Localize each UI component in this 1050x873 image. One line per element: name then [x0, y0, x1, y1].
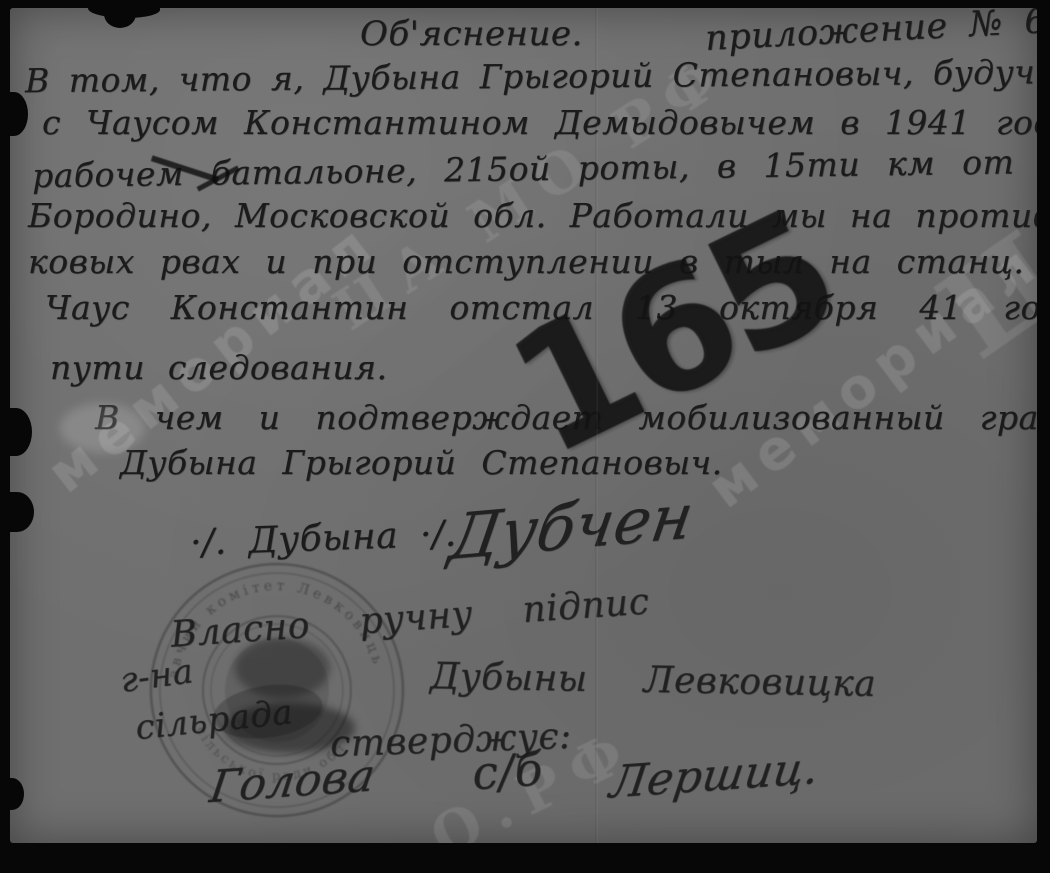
certification-abbr: с/б: [470, 742, 544, 801]
scanned-document-page: мемориал мемориал ЦА МО РФ О.РФ Ц авчий …: [0, 0, 1050, 873]
certification-line2-name: Дубыны Левковицка: [430, 656, 877, 705]
annotation-top-right: приложение № 6: [704, 8, 1037, 59]
signature-name: ·/. Дубына ·/.: [189, 513, 457, 563]
body-line: ковых рвах и при отступлении в тыл на ст…: [28, 242, 1037, 281]
paper-tear-light: [60, 403, 145, 453]
paper-tear: [0, 492, 34, 532]
body-line: Бородино, Московской обл. Работали мы на…: [28, 196, 1037, 235]
document-title: Об'яснение.: [360, 14, 583, 54]
body-line: пути следования.: [50, 348, 387, 387]
certification-signature: Лершиц.: [607, 742, 823, 808]
body-line: В том, что я, Дубына Грыгорий Степановыч…: [25, 51, 1037, 100]
paper-tear: [0, 778, 24, 810]
body-line: с Чаусом Константином Демыдовычем в 1941…: [42, 103, 1037, 142]
paper-sheet: мемориал мемориал ЦА МО РФ О.РФ Ц авчий …: [10, 8, 1037, 843]
paper-crease: [595, 8, 598, 843]
paper-tear: [0, 408, 32, 456]
paper-tear: [104, 0, 136, 28]
signature-autograph: Дубчен: [445, 479, 699, 575]
paper-tear: [0, 92, 28, 136]
